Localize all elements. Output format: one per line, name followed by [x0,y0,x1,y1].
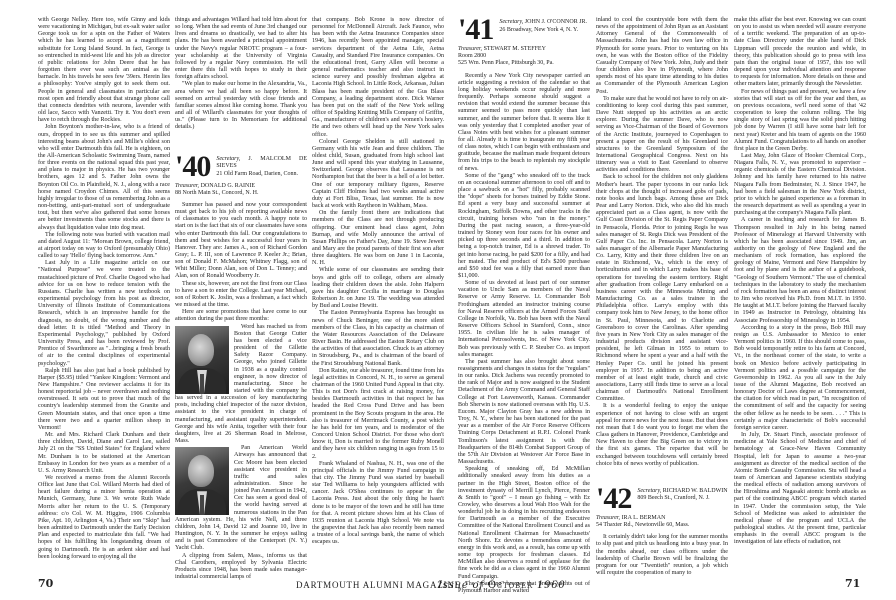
magazine-title-footer: DARTMOUTH ALUMNI MAGAZINE [296,580,461,590]
paragraph: Frank Whaland of Nashua, N. H., was one … [312,461,444,547]
paragraph: Ralph Hill has also just had a book publ… [38,368,170,432]
paragraph: A clipping from Salem, Mass., informs us… [175,553,307,582]
secretary-info: Secretary, RICHARD W. BALDWIN 809 Beech … [637,486,727,503]
paragraph: Mr. and Mrs. Richard Clark Dunham and th… [38,432,170,475]
paragraph: Some of the "gang" who sneaked off to th… [458,173,590,280]
paragraph: "We plan to make our home in the Alexand… [175,81,307,131]
paragraph: To make sure that he would not have to r… [596,96,728,175]
page-number-right: 71 [845,577,860,590]
paragraph: Last July in a Life magazine article on … [38,260,170,367]
treasurer-info: Treasurer, STEWART M. STEFFEY Room 2800 … [458,46,590,68]
class-1942-header: '42 Secretary, RICHARD W. BALDWIN 809 Be… [596,486,728,512]
class-1941-header: '41 Secretary, JOHN J. O'CONNOR JR. 26 B… [458,17,590,43]
paragraph: A career in teaching and research for Ja… [734,217,866,324]
paragraph: Speaking of sneaking off, Ed McMillan ad… [458,466,590,581]
issue-date-footer: Issue of October 1960 [438,580,566,591]
paragraph: While some of our classmates are sending… [312,267,444,310]
treasurer-info: Treasurer, DONALD G. RAINIE 88 North Mai… [175,183,307,197]
column-4: '41 Secretary, JOHN J. O'CONNOR JR. 26 B… [458,17,590,595]
page-number-left: 70 [38,577,53,590]
paragraph: In July, Dr. Stuart Finch, associate pro… [734,432,866,547]
paragraph: with George Nelley. Here too, wife Ginny… [38,17,170,124]
secretary-info: Secretary, J. MALCOLM DE SIEVES 21 Old F… [216,154,307,179]
photo-cec-moore [175,447,229,515]
paragraph: We received a memo from the Alumni Recor… [38,475,170,561]
paragraph: According to a story in the press, Bob H… [734,325,866,432]
paragraph: It is a wonderful feeling to enjoy the u… [596,403,728,467]
paragraph: Last May, John Glaze of Hooker Chemical … [734,153,866,217]
paragraph: On the family front there are indication… [312,210,444,267]
paragraph: inland to cool the countryside bore with… [596,17,728,96]
class-numeral: '41 [458,17,493,43]
paragraph: The past summer has also brought about s… [458,359,590,466]
paragraph: For news of things past and present, we … [734,89,866,153]
photo-george-cutter [175,326,229,394]
paragraph: Recently a New York City newspaper carri… [458,73,590,173]
column-2: things and advantages Willard had told h… [175,17,307,581]
column-6: make this affair the best ever. Knowing … [734,17,866,547]
paragraph: Don Rainie, our able treasurer, found ti… [312,368,444,461]
secretary-info: Secretary, JOHN J. O'CONNOR JR. 26 Broad… [499,17,587,34]
paragraph: The Easton Pennsylvania Express has brou… [312,310,444,367]
paragraph: The following note was buried with vacat… [38,232,170,261]
paragraph: Back to school for the children not only… [596,174,728,403]
paragraph: Summer has passed and now your correspon… [175,202,307,281]
column-5: inland to cool the countryside bore with… [596,17,728,577]
paragraph: Here are some promotions that have come … [175,309,307,323]
class-1940-header: '40 Secretary, J. MALCOLM DE SIEVES 21 O… [175,154,307,180]
paragraph: things and advantages Willard had told h… [175,17,307,81]
paragraph: make this affair the best ever. Knowing … [734,17,866,89]
column-1: with George Nelley. Here too, wife Ginny… [38,17,170,561]
paragraph: that company. Bob Krone is now director … [312,17,444,139]
class-numeral: '42 [596,486,631,512]
magazine-spread: with George Nelley. Here too, wife Ginny… [0,0,896,600]
paragraph: These six, however, are not the first fr… [175,281,307,310]
paragraph: It certainly didn't take long for the su… [596,534,728,577]
class-numeral: '40 [175,154,210,180]
column-3: that company. Bob Krone is now director … [312,17,444,547]
paragraph: Colonel George Sheldon is still statione… [312,139,444,211]
paragraph: Some of us devoted at least part of our … [458,280,590,359]
paragraph: John Boynton's mother-in-law, who is a f… [38,124,170,231]
treasurer-info: Treasurer, IRA L. BERMAN 54 Thaxter Rd.,… [596,515,728,529]
